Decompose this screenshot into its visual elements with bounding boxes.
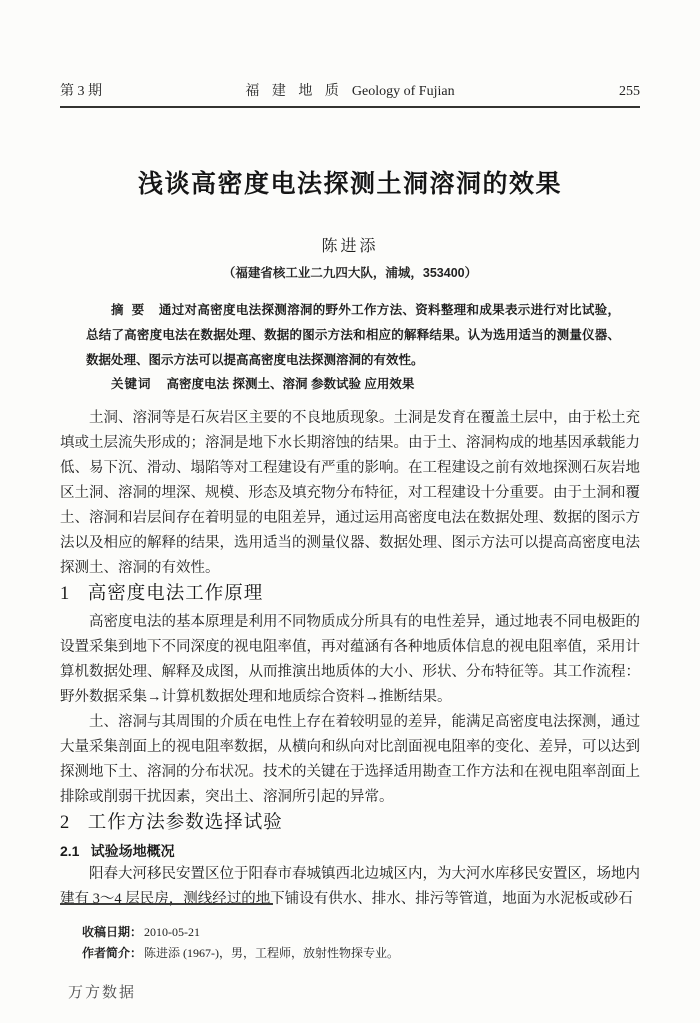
subsection-2-1-number: 2.1 [60,842,79,860]
journal-name-en: Geology of Fujian [352,84,455,99]
footnote-block: 收稿日期：2010-05-21 作者简介：陈进添 (1967-)，男，工程师，放… [60,903,640,964]
keywords-label: 关键词 [111,377,152,391]
journal-name: 福 建 地 质Geology of Fujian [150,80,550,100]
received-date-line: 收稿日期：2010-05-21 [60,922,640,943]
subsection-2-1-title: 试验场地概况 [91,843,175,859]
author-bio-label: 作者简介： [82,946,142,960]
issue-label: 第 3 期 [60,80,150,100]
received-date-value: 2010-05-21 [144,925,200,939]
abstract-text: 通过对高密度电法探测溶洞的野外工作方法、资料整理和成果表示进行对比试验，总结了高… [86,303,620,367]
author-affiliation: （福建省核工业二九四大队，浦城，353400） [60,265,640,281]
article-title: 浅谈高密度电法探测土洞溶洞的效果 [60,168,640,202]
subsection-2-1-heading: 2.1试验场地概况 [60,842,640,860]
keywords: 关键词高密度电法 探测土、溶洞 参数试验 应用效果 [86,376,620,392]
keywords-text: 高密度电法 探测土、溶洞 参数试验 应用效果 [167,377,415,391]
section-1-paragraph-2: 土、溶洞与其周围的介质在电性上存在着较明显的差异，能满足高密度电法探测，通过大量… [60,710,640,810]
abstract: 摘 要通过对高密度电法探测溶洞的野外工作方法、资料整理和成果表示进行对比试验，总… [86,298,620,373]
running-head: 第 3 期 福 建 地 质Geology of Fujian 255 [60,0,640,108]
section-1-title: 高密度电法工作原理 [88,584,264,604]
author-name: 陈进添 [60,238,640,256]
section-1-heading: 1高密度电法工作原理 [60,581,640,607]
section-2-heading: 2工作方法参数选择试验 [60,810,640,836]
footnote-divider [60,903,273,905]
section-1-paragraph-1: 高密度电法的基本原理是利用不同物质成分所具有的电性差异，通过地表不同电极距的设置… [60,610,640,710]
abstract-label: 摘 要 [111,303,146,317]
received-date-label: 收稿日期： [82,925,142,939]
section-1-number: 1 [60,581,69,607]
section-2-number: 2 [60,810,69,836]
section-2-title: 工作方法参数选择试验 [88,813,283,833]
wanfang-watermark: 万方数据 [68,981,136,1002]
author-bio-line: 作者简介：陈进添 (1967-)，男，工程师，放射性物探专业。 [60,943,640,964]
page-number: 255 [550,84,640,100]
author-bio-value: 陈进添 (1967-)，男，工程师，放射性物探专业。 [144,946,399,960]
journal-page: 第 3 期 福 建 地 质Geology of Fujian 255 浅谈高密度… [0,0,700,1023]
journal-name-cn: 福 建 地 质 [245,84,340,99]
intro-paragraph: 土洞、溶洞等是石灰岩区主要的不良地质现象。土洞是发育在覆盖土层中，由于松土充填或… [60,406,640,581]
